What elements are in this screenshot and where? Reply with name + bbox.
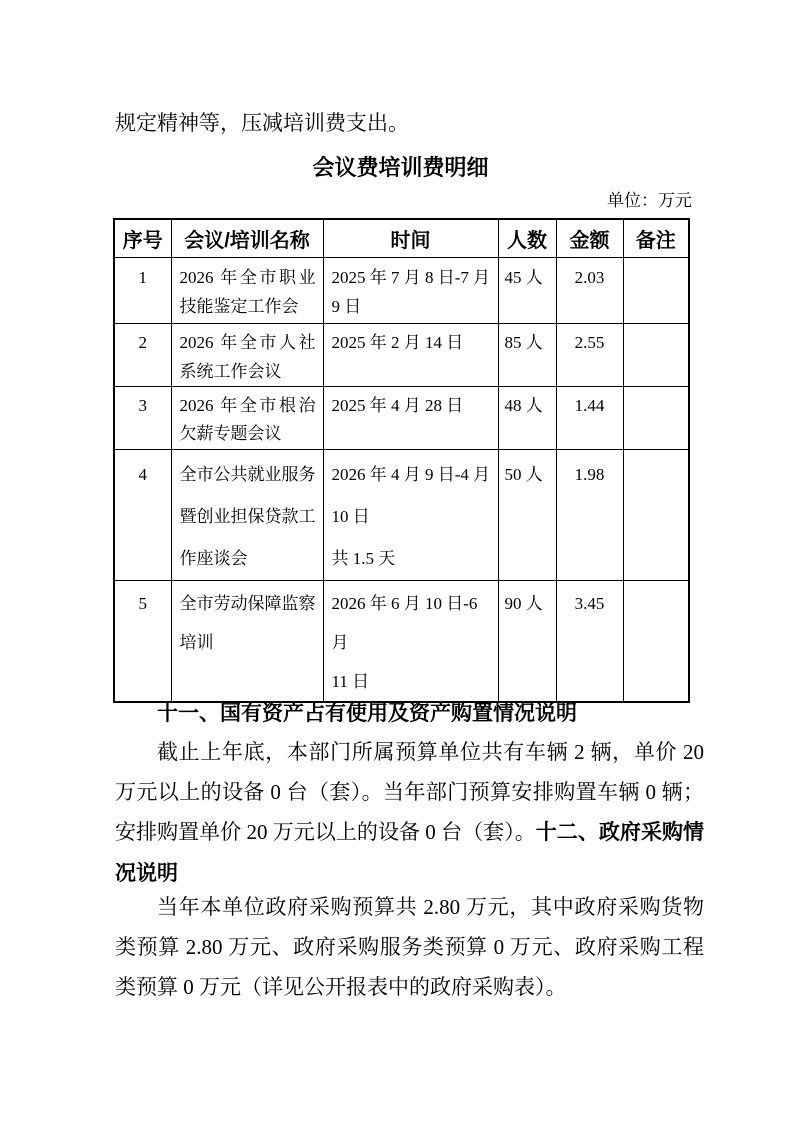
cell-amount: 2.55 xyxy=(556,323,623,386)
header-cell-amount: 金额 xyxy=(556,219,623,257)
cell-amount: 2.03 xyxy=(556,257,623,323)
cell-no: 1 xyxy=(114,257,171,323)
cell-name: 2026 年全市人社系统工作会议 xyxy=(171,323,323,386)
cell-name: 2026 年全市根治欠薪专题会议 xyxy=(171,386,323,449)
meeting-training-fee-table: 序号 会议/培训名称 时间 人数 金额 备注 1 2026 年全市职业技能鉴定工… xyxy=(113,218,690,703)
cell-note xyxy=(623,257,689,323)
cell-note xyxy=(623,449,689,580)
cell-note xyxy=(623,386,689,449)
cell-name: 2026 年全市职业技能鉴定工作会 xyxy=(171,257,323,323)
cell-people: 45 人 xyxy=(498,257,556,323)
header-cell-note: 备注 xyxy=(623,219,689,257)
table-title: 会议费培训费明细 xyxy=(113,153,688,183)
cell-no: 2 xyxy=(114,323,171,386)
cell-people: 85 人 xyxy=(498,323,556,386)
cell-amount: 1.98 xyxy=(556,449,623,580)
cell-note xyxy=(623,323,689,386)
cell-no: 4 xyxy=(114,449,171,580)
cell-note xyxy=(623,580,689,702)
cell-time: 2025 年 2 月 14 日 xyxy=(323,323,498,386)
table-row: 3 2026 年全市根治欠薪专题会议 2025 年 4 月 28 日 48 人 … xyxy=(114,386,689,449)
procurement-paragraph: 当年本单位政府采购预算共 2.80 万元，其中政府采购货物类预算 2.80 万元… xyxy=(115,887,704,1007)
table-row: 5 全市劳动保障监察培训 2026 年 6 月 10 日-6 月 11 日 90… xyxy=(114,580,689,702)
header-cell-time: 时间 xyxy=(323,219,498,257)
cell-people: 90 人 xyxy=(498,580,556,702)
section-heading-eleven: 十一、国有资产占有使用及资产购置情况说明 xyxy=(157,699,577,729)
cell-people: 50 人 xyxy=(498,449,556,580)
asset-usage-paragraph: 截止上年底，本部门所属预算单位共有车辆 2 辆，单价 20 万元以上的设备 0 … xyxy=(115,732,704,894)
document-page: 规定精神等，压减培训费支出。 会议费培训费明细 单位：万元 序号 会议/培训名称… xyxy=(0,0,793,1122)
cell-no: 5 xyxy=(114,580,171,702)
header-cell-people: 人数 xyxy=(498,219,556,257)
cell-time: 2026 年 6 月 10 日-6 月 11 日 xyxy=(323,580,498,702)
cell-time: 2025 年 7 月 8 日-7 月 9 日 xyxy=(323,257,498,323)
cell-time: 2026 年 4 月 9 日-4 月 10 日 共 1.5 天 xyxy=(323,449,498,580)
unit-label: 单位：万元 xyxy=(607,190,692,212)
cell-amount: 1.44 xyxy=(556,386,623,449)
cell-name: 全市劳动保障监察培训 xyxy=(171,580,323,702)
intro-paragraph: 规定精神等，压减培训费支出。 xyxy=(115,103,705,143)
cell-no: 3 xyxy=(114,386,171,449)
cell-time: 2025 年 4 月 28 日 xyxy=(323,386,498,449)
header-cell-no: 序号 xyxy=(114,219,171,257)
header-cell-name: 会议/培训名称 xyxy=(171,219,323,257)
table-row: 4 全市公共就业服务暨创业担保贷款工作座谈会 2026 年 4 月 9 日-4 … xyxy=(114,449,689,580)
cell-people: 48 人 xyxy=(498,386,556,449)
table-row: 1 2026 年全市职业技能鉴定工作会 2025 年 7 月 8 日-7 月 9… xyxy=(114,257,689,323)
table-row: 2 2026 年全市人社系统工作会议 2025 年 2 月 14 日 85 人 … xyxy=(114,323,689,386)
cell-amount: 3.45 xyxy=(556,580,623,702)
table-header-row: 序号 会议/培训名称 时间 人数 金额 备注 xyxy=(114,219,689,257)
cell-name: 全市公共就业服务暨创业担保贷款工作座谈会 xyxy=(171,449,323,580)
